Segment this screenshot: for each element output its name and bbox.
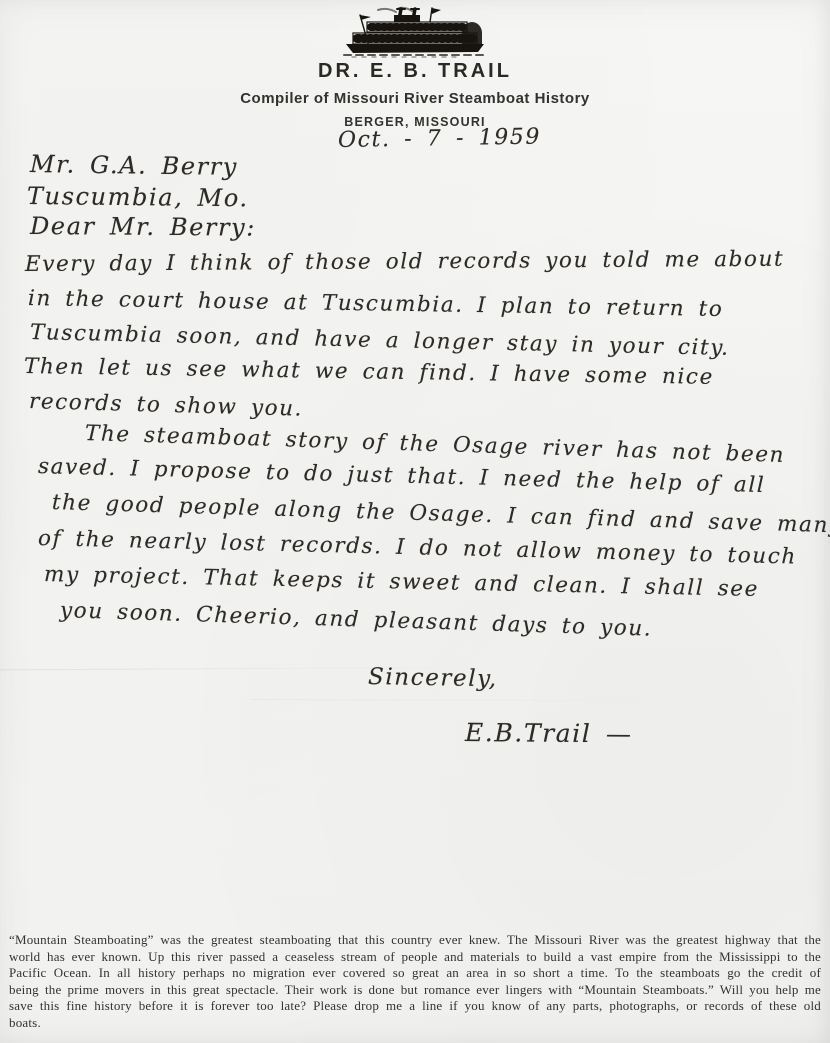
letter-line: Then let us see what we can find. I have… — [24, 354, 714, 390]
letter-line: Tuscumbia soon, and have a longer stay i… — [30, 320, 730, 361]
recipient-name: Mr. G.A. Berry — [30, 150, 238, 181]
letter-line: Every day I think of those old records y… — [25, 247, 784, 277]
scanned-letter-page: DR. E. B. TRAIL Compiler of Missouri Riv… — [0, 0, 830, 1043]
signature: E.B.Trail — — [465, 718, 633, 748]
letter-line: records to show you. — [29, 389, 304, 422]
letterhead-subtitle: Compiler of Missouri River Steamboat His… — [0, 90, 830, 107]
salutation: Dear Mr. Berry: — [30, 212, 256, 242]
recipient-city: Tuscumbia, Mo. — [27, 182, 249, 212]
letter-line: my project. That keeps it sweet and clea… — [44, 562, 759, 602]
letter-line: in the court house at Tuscumbia. I plan … — [28, 286, 724, 322]
letter-line: you soon. Cheerio, and pleasant days to … — [60, 598, 653, 642]
letterhead-title: DR. E. B. TRAIL — [0, 60, 830, 83]
fold-crease — [250, 699, 830, 702]
steamboat-engraving-icon — [340, 6, 490, 58]
footer-paragraph: “Mountain Steamboating” was the greatest… — [9, 932, 821, 1031]
date-handwritten: Oct. - 7 - 1959 — [338, 124, 541, 153]
